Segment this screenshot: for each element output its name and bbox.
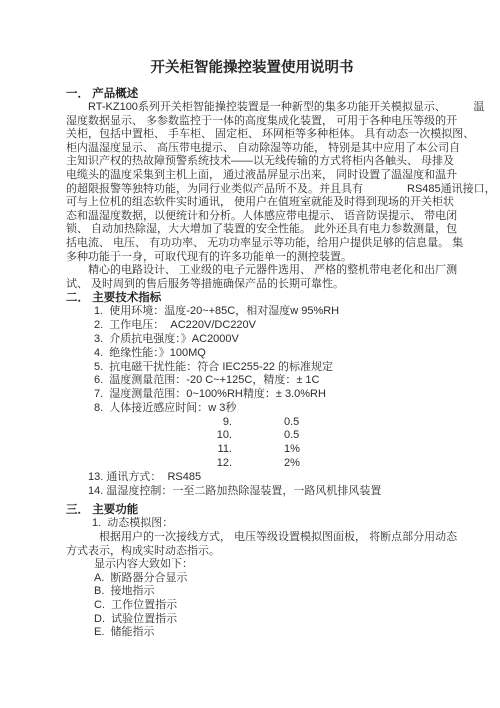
spec-item: 5. 抗电磁干扰性能：符合 IEC255-22 的标准规定: [66, 361, 486, 375]
spec-row-12: 12. 2%: [66, 457, 486, 471]
spec-value: 1%: [284, 443, 300, 457]
document-content: 开关柜智能操控装置使用说明书 一． 产品概述 RT-KZ100系列开关柜智能操控…: [0, 0, 500, 640]
spec-item: 3. 介质抗电强度：》AC2000V: [66, 333, 486, 347]
document-title: 开关柜智能操控装置使用说明书: [66, 59, 438, 78]
spec-item: 2. 工作电压： AC220V/DC220V: [66, 319, 486, 333]
spec-item: 6. 温度测量范围：-20 C~+125C，精度：± 1C: [66, 374, 486, 388]
display-content-item: A. 断路器分合显示: [66, 572, 486, 586]
spec-item: 7. 湿度测量范围：0~100%RH精度：± 3.0%RH: [66, 388, 486, 402]
display-content-item: C. 工作位置指示: [66, 599, 486, 613]
spec-value: 2%: [284, 457, 300, 471]
display-content-item: D. 试验位置指示: [66, 613, 486, 627]
spec-item: 14. 温湿度控制：一至二路加热除湿装置，一路风机排风装置: [66, 485, 486, 499]
document-page: 开关柜智能操控装置使用说明书 一． 产品概述 RT-KZ100系列开关柜智能操控…: [0, 0, 500, 708]
spec-number: 12.: [66, 457, 232, 471]
paragraph-product-overview: RT-KZ100系列开关柜智能操控装置是一种新型的集多功能开关模拟显示、 温湿度…: [66, 101, 486, 264]
spec-row-9: 9. 0.5: [66, 416, 486, 430]
spec-value: 0.5: [284, 429, 299, 443]
display-content-item: E. 储能指示: [66, 626, 486, 640]
spec-row-10: 10. 0.5: [66, 429, 486, 443]
paragraph-line: 方式表示，构成实时动态指示。: [66, 545, 486, 559]
paragraph-line: 多种功能于一身，可取代现有的许多功能单一的测控装置。: [66, 251, 486, 265]
spec-item: 8. 人体接近感应时间：w 3秒: [66, 402, 486, 416]
spec-number: 10.: [66, 429, 232, 443]
paragraph-line: 关柜，包括中置柜、 手车柜、 固定柜、 环网柜等多种柜体。 具有动态一次模拟图、: [66, 128, 486, 142]
display-content-list: A. 断路器分合显示B. 接地指示C. 工作位置指示D. 试验位置指示E. 储能…: [66, 572, 486, 640]
function-body: 根据用户的一次接线方式， 电压等级设置模拟图面板， 将断点部分用动态方式表示，构…: [66, 531, 486, 558]
spec-number: 9.: [66, 416, 232, 430]
paragraph-quality: 精心的电路设计、 工业级的电子元器件选用、 严格的整机带电老化和出厂测试、 及时…: [66, 264, 486, 291]
spec-list: 1. 使用环境：温度-20~+85C，相对湿度w 95%RH2. 工作电压： A…: [66, 305, 486, 415]
spec-value: 0.5: [284, 416, 299, 430]
spec-list-continued: 13. 通讯方式： RS48514. 温湿度控制：一至二路加热除湿装置，一路风机…: [66, 471, 486, 499]
paragraph-line: RT-KZ100系列开关柜智能操控装置是一种新型的集多功能开关模拟显示、 温: [66, 101, 486, 115]
spec-item: 4. 绝缘性能：》100MQ: [66, 347, 486, 361]
section-heading-product-overview: 一． 产品概述: [66, 87, 486, 101]
paragraph-line: 电缆头的温度采集到主机上面， 通过液晶屏显示出来， 同时设置了温湿度和温升: [66, 169, 486, 183]
spec-number: 11.: [66, 443, 232, 457]
paragraph-line: 柜内温湿度显示、 高压带电提示、 自动除湿等功能， 特别是其中应用了本公司自: [66, 142, 486, 156]
display-content-intro: 显示内容大致如下：: [66, 558, 486, 572]
paragraph-line: 态和温湿度数据，以便统计和分析。人体感应带电提示、 语音防误提示、 带电闭: [66, 210, 486, 224]
paragraph-line: 精心的电路设计、 工业级的电子元器件选用、 严格的整机带电老化和出厂测: [66, 264, 486, 278]
function-item-dynamic-mimic: 1. 动态模拟图：: [66, 517, 486, 531]
spec-degraded-rows: 9. 0.5 10. 0.5 11. 1% 12. 2%: [66, 416, 486, 471]
display-content-item: B. 接地指示: [66, 585, 486, 599]
paragraph-line: 湿度数据显示、 多参数监控于一体的高度集成化装置， 可用于各种电压等级的开: [66, 115, 486, 129]
paragraph-line: 可与上位机的组态软件实时通讯， 使用户在值班室就能及时得到现场的开关柜状: [66, 196, 486, 210]
section-heading-tech-specs: 二． 主要技术指标: [66, 291, 486, 305]
paragraph-line: 锁、 自动加热除湿，大大增加了装置的安全性能。 此外还具有电力参数测量，包: [66, 223, 486, 237]
spec-item: 1. 使用环境：温度-20~+85C，相对湿度w 95%RH: [66, 305, 486, 319]
paragraph-line: 试、 及时周到的售后服务等措施确保产品的长期可靠性。: [66, 278, 486, 292]
section-heading-main-functions: 三． 主要功能: [66, 503, 486, 517]
spec-row-11: 11. 1%: [66, 443, 486, 457]
spec-item: 13. 通讯方式： RS485: [66, 471, 486, 485]
paragraph-line: 括电流、 电压、 有功功率、 无功功率显示等功能，给用户提供足够的信息量。 集: [66, 237, 486, 251]
paragraph-line: 主知识产权的热故障预警系统技术——以无线传输的方式将柜内各触头、 母排及: [66, 155, 486, 169]
paragraph-line: 的超限报警等独特功能，为同行业类似产品所不及。并且具有 RS485通讯接口，: [66, 183, 486, 197]
paragraph-line: 根据用户的一次接线方式， 电压等级设置模拟图面板， 将断点部分用动态: [66, 531, 486, 545]
